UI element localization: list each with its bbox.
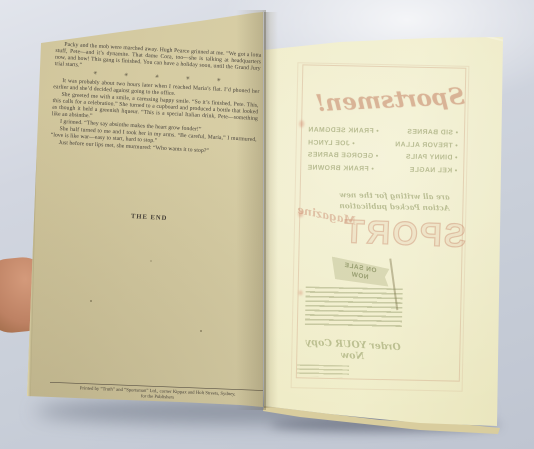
spine-fold <box>264 12 278 408</box>
the-end-marker: THE END <box>46 208 252 227</box>
sportsman-name: • DINNY PAILS <box>405 154 457 162</box>
spine-shadow-left <box>236 10 266 410</box>
printer-imprint: Printed by “Truth” and “Sportsman” Ltd.,… <box>49 382 265 404</box>
sportsman-name: • SID BARNES <box>407 129 458 137</box>
foxing-speck <box>150 260 152 262</box>
sportsman-name: • TREVOR ALLAN <box>395 141 458 149</box>
showthrough-advert-mirrored: Sportsmen! • SID BARNES • FRANK SEDGMAN … <box>289 60 472 394</box>
fine-print-block <box>305 286 403 329</box>
sportsman-name: • FRANK SEDGMAN <box>308 126 379 134</box>
advert-names-list: • SID BARNES • FRANK SEDGMAN • TREVOR AL… <box>307 126 458 179</box>
sportsman-name: • KEL NAGLE <box>409 166 457 174</box>
story-text-block: Packy and the mob were marched away. Hug… <box>46 40 261 228</box>
names-row: • TREVOR ALLAN • JOE LYNCH <box>308 139 458 149</box>
names-row: • DINNY PAILS • GEORGE BARNES <box>307 151 457 161</box>
advert-tagline: are all writing for the new Action Packe… <box>338 189 450 214</box>
sportsman-name: • JOE LYNCH <box>308 139 355 147</box>
names-row: • KEL NAGLE • FRANK BROWNE <box>307 164 457 174</box>
foxing-speck <box>90 300 92 302</box>
foxing-speck <box>200 330 202 332</box>
photo-of-open-booklet: Packy and the mob were marched away. Hug… <box>0 0 534 449</box>
advert-footer-rows <box>297 364 349 377</box>
sportsman-name: • FRANK BROWNE <box>307 164 374 172</box>
sportsman-name: • GEORGE BARNES <box>307 151 378 159</box>
